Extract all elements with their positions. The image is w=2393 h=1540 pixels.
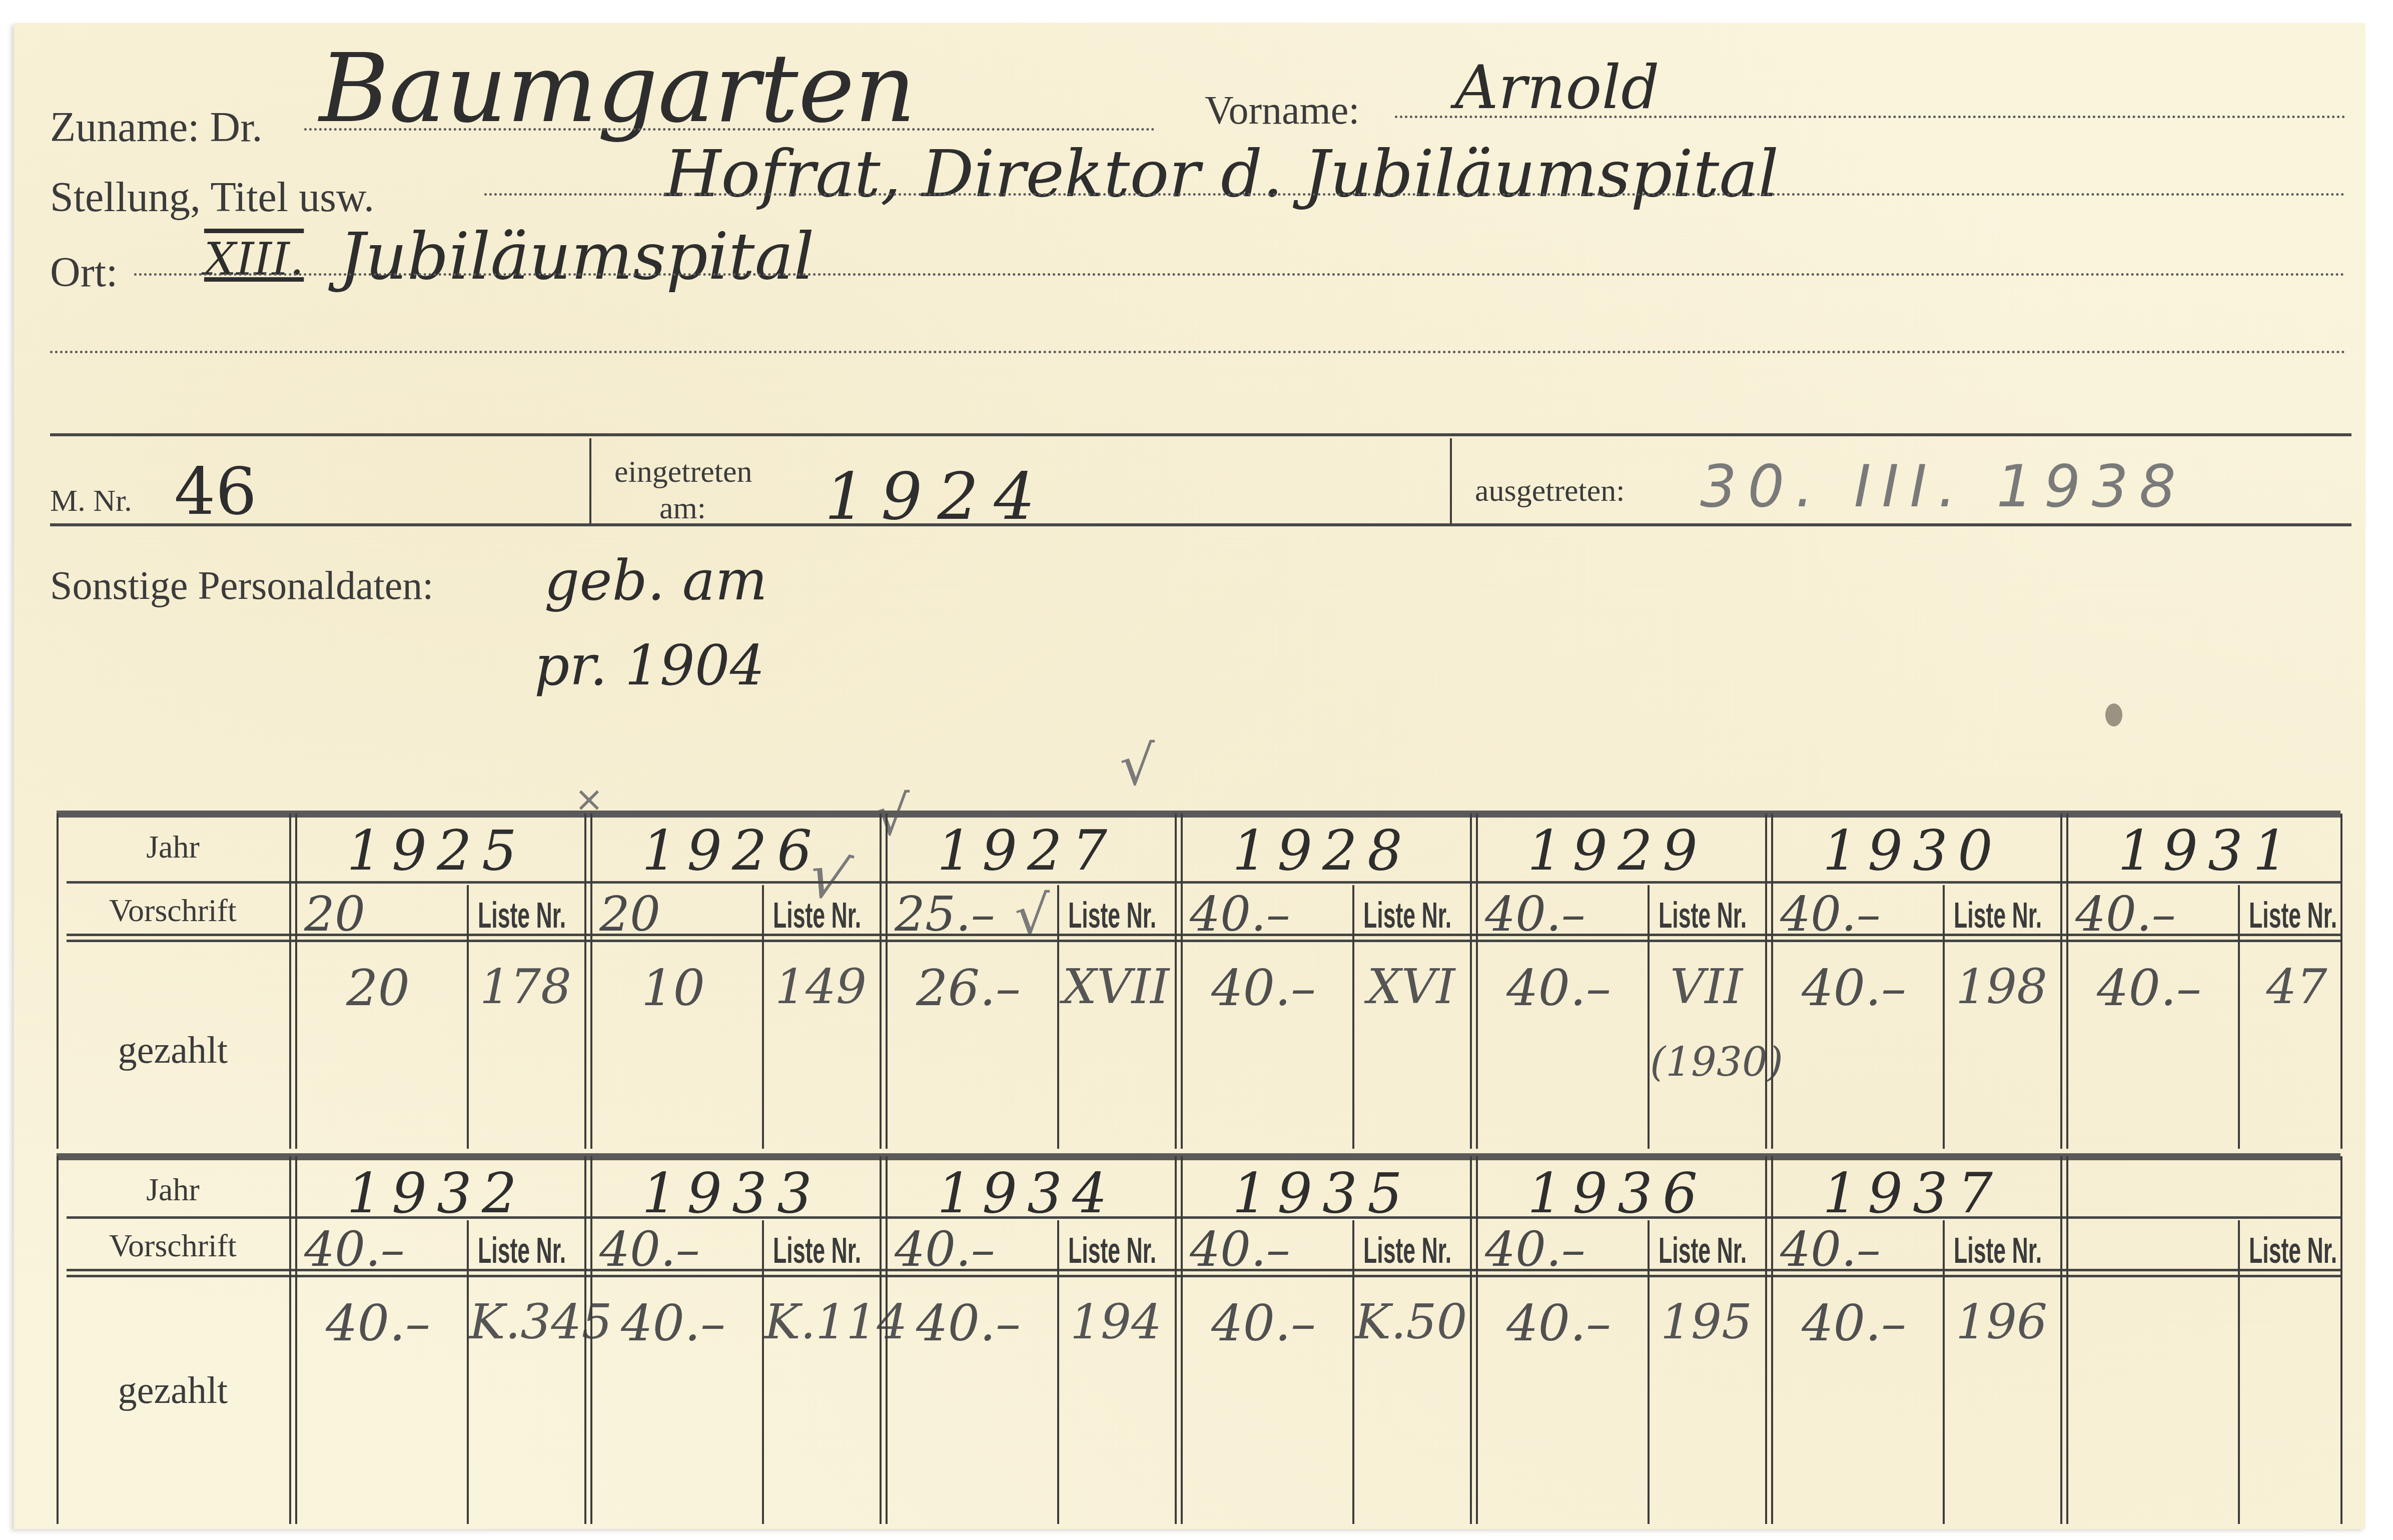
gezahlt-cell: 10 [589,959,757,1017]
liste-cell: 195 [1650,1294,1763,1350]
liste-divider [1943,1220,1945,1524]
table-left-border [57,1156,59,1524]
row-label-jahr: Jahr [57,829,289,866]
vorschrift-cell: 40.– [1190,1221,1290,1277]
membership-card: Zuname: Dr. Baumgarten Vorname: Arnold S… [14,23,2365,1529]
vorschrift-cell: 40.– [304,1221,405,1277]
year-cell: 1931 [2060,819,2355,883]
liste-divider [2238,1220,2240,1524]
vorschrift-cell: 20 [599,886,660,942]
liste-nr-label: Liste Nr. [773,895,861,936]
vorname-line [1395,116,2345,118]
year-cell: 1933 [584,1161,880,1225]
liste-cell: 194 [1060,1294,1172,1350]
liste-divider [467,1220,469,1524]
liste-nr-label: Liste Nr. [1068,1230,1156,1271]
liste-cell: XVII [1060,959,1172,1015]
liste-cell: 149 [764,959,877,1015]
liste-divider [1352,1220,1354,1524]
gezahlt-cell: 40.– [294,1294,462,1352]
year-cell: 1932 [289,1161,584,1225]
gezahlt-cell: 40.– [1475,959,1643,1017]
liste-divider [2238,885,2240,1149]
year-cell: 1934 [880,1161,1175,1225]
liste-nr-label: Liste Nr. [478,1230,566,1271]
personal-line-2: pr. 1904 [534,633,765,697]
row-label-vorschrift: Vorschrift [57,1227,289,1264]
liste-divider [1648,1220,1650,1524]
table-block-top-rule [57,1153,2340,1160]
gezahlt-cell: 20 [294,959,462,1017]
ausgetreten-value: 30. III. 1938 [1700,453,2187,520]
liste-nr-label: Liste Nr. [1068,895,1156,936]
vorname-label: Vorname: [1205,88,1360,134]
ausgetreten-label: ausgetreten: [1475,473,1625,509]
gezahlt-cell: 40.– [1475,1294,1643,1352]
liste-nr-label: Liste Nr. [478,895,566,936]
liste-divider [1057,885,1059,1149]
zuname-value: Baumgarten [319,33,916,144]
year-cell: 1935 [1175,1161,1470,1225]
liste-cell: K.114 [764,1294,877,1350]
year-cell: 1937 [1765,1161,2060,1225]
ort-line [134,273,2345,276]
vorschrift-cell: 25.– [895,886,995,942]
personal-line-1: geb. am [544,548,767,612]
table-right-border [2340,1156,2342,1524]
row-label-gezahlt: gezahlt [57,1369,289,1412]
liste-nr-label: Liste Nr. [1954,895,2042,936]
liste-note: (1930) [1650,1039,1763,1085]
year-cell: 1930 [1765,819,2060,883]
year-group-divider [2060,1156,2068,1524]
blank-line [50,351,2346,353]
stellung-line [484,193,2345,196]
liste-nr-label: Liste Nr. [1363,1230,1451,1271]
liste-cell: XVI [1355,959,1467,1015]
gezahlt-cell: 40.– [885,1294,1052,1352]
personal-label: Sonstige Personaldaten: [50,563,434,609]
membership-divider-1 [589,438,591,523]
liste-nr-label: Liste Nr. [2249,895,2337,936]
liste-divider [467,885,469,1149]
liste-cell: K.50 [1355,1294,1467,1350]
eingetreten-am-label: am: [659,491,706,526]
mnr-label: M. Nr. [50,483,132,519]
ort-district: XIII. [204,233,304,286]
check-mark-4: √ [1015,884,1050,948]
zuname-line [304,128,1155,131]
year-cell: 1936 [1470,1161,1765,1225]
vorschrift-cell: 40.– [1485,886,1585,942]
row-label-jahr: Jahr [57,1171,289,1208]
vorschrift-cell: 40.– [2075,886,2176,942]
stellung-value: Hofrat, Direktor d. Jubiläumspital [664,136,1779,212]
gezahlt-cell: 40.– [589,1294,757,1352]
mnr-value: 46 [174,453,257,529]
row-label-vorschrift: Vorschrift [57,892,289,929]
liste-cell: 178 [469,959,582,1015]
liste-cell: 196 [1945,1294,2058,1350]
liste-cell: K.345 [469,1294,582,1350]
row-label-gezahlt: gezahlt [57,1029,289,1072]
vorschrift-cell: 40.– [895,1221,995,1277]
liste-nr-label: Liste Nr. [773,1230,861,1271]
ort-value: Jubiläumspital [339,218,815,294]
membership-top-rule [50,433,2351,436]
membership-divider-2 [1450,438,1452,523]
liste-cell: 198 [1945,959,2058,1015]
year-cell: 1927 [880,819,1175,883]
liste-divider [1057,1220,1059,1524]
gezahlt-cell: 40.– [1180,1294,1347,1352]
liste-nr-label: Liste Nr. [1954,1230,2042,1271]
stellung-label: Stellung, Titel usw. [50,173,374,222]
vorschrift-cell: 40.– [1780,1221,1881,1277]
liste-divider [1352,885,1354,1149]
liste-cell: 47 [2240,959,2353,1015]
gezahlt-cell: 40.– [1770,1294,1938,1352]
ort-label: Ort: [50,248,118,297]
vorschrift-cell: 40.– [599,1221,700,1277]
eingetreten-value: 1924 [825,458,1050,534]
liste-divider [1943,885,1945,1149]
liste-divider [1648,885,1650,1149]
liste-divider [762,1220,764,1524]
liste-nr-label: Liste Nr. [2249,1230,2337,1271]
gezahlt-cell: 40.– [1180,959,1347,1017]
liste-nr-label: Liste Nr. [1363,895,1451,936]
liste-nr-label: Liste Nr. [1659,1230,1747,1271]
gezahlt-cell: 40.– [2065,959,2233,1017]
vorname-value: Arnold [1455,53,1660,123]
year-cell: 1928 [1175,819,1470,883]
liste-nr-label: Liste Nr. [1659,895,1747,936]
year-cell: 1926 [584,819,880,883]
year-cell: 1925 [289,819,584,883]
liste-divider [762,885,764,1149]
table-block-top-rule [57,811,2340,818]
eingetreten-label: eingetreten [614,454,752,490]
vorschrift-cell: 40.– [1485,1221,1585,1277]
gezahlt-cell: 40.– [1770,959,1938,1017]
vorschrift-cell: 20 [304,886,365,942]
membership-bottom-rule [50,523,2351,526]
zuname-label: Zuname: Dr. [50,103,263,152]
check-mark-2: √ [1120,733,1155,798]
liste-cell: VII [1650,959,1763,1015]
year-cell: 1929 [1470,819,1765,883]
vorschrift-cell: 40.– [1780,886,1881,942]
vorschrift-cell: 40.– [1190,886,1290,942]
gezahlt-cell: 26.– [885,959,1052,1017]
ink-spot [2105,703,2122,726]
